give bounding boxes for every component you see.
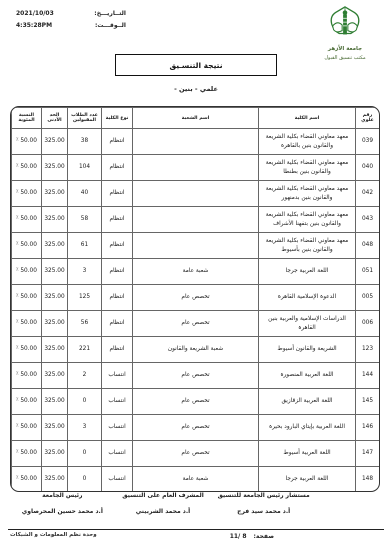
header-count: عدد الطلاب المقبولين	[68, 108, 102, 129]
branch-name	[133, 207, 259, 233]
accepted-count: 221	[68, 337, 102, 363]
percent-sign: ٪	[16, 268, 18, 273]
percentage-cell: ٪ 50.00	[12, 311, 42, 337]
college-code: 051	[356, 259, 380, 285]
percentage-value: 50.00	[20, 242, 37, 248]
report-title-box: نتيجة التنسـيق	[115, 54, 277, 76]
brand-block: جامعة الأزهر مكتب تنسيق القبول	[312, 5, 378, 61]
percent-sign: ٪	[16, 138, 18, 143]
college-name: معهد معاوني القضاء بكلية الشريعة والقانو…	[259, 207, 356, 233]
table-row: 005 الدعوة الإسلامية القاهرة تخصص عام ان…	[12, 285, 380, 311]
signature-title: رئيس الجامعة	[12, 492, 113, 499]
branch-name: تخصص عام	[133, 389, 259, 415]
percent-sign: ٪	[16, 294, 18, 299]
branch-name: تخصص عام	[133, 441, 259, 467]
college-code: 006	[356, 311, 380, 337]
results-table-header: رقم علوي اسم الكلية اسم الشعبة نوع الكلي…	[12, 108, 380, 129]
college-name: معهد معاوني القضاء بكلية الشريعة والقانو…	[259, 181, 356, 207]
branch-name: تخصص عام	[133, 415, 259, 441]
time-row: الــوقـــت: 4:35:28PM	[16, 22, 126, 29]
footer-unit-name: وحدة نظم المعلومات و الشبكات	[10, 532, 97, 538]
percent-sign: ٪	[16, 190, 18, 195]
min-score: 325.00	[42, 337, 68, 363]
percentage-value: 50.00	[20, 138, 37, 144]
college-name: الدعوة الإسلامية القاهرة	[259, 285, 356, 311]
al-azhar-logo-icon	[312, 5, 378, 43]
accepted-count: 2	[68, 363, 102, 389]
min-score: 325.00	[42, 259, 68, 285]
min-score: 325.00	[42, 285, 68, 311]
percentage-cell: ٪ 50.00	[12, 467, 42, 493]
percentage-value: 50.00	[20, 398, 37, 404]
percentage-cell: ٪ 50.00	[12, 129, 42, 155]
header-code: رقم علوي	[356, 108, 380, 129]
table-row: 123 الشريعة والقانون أسيوط شعبة الشريعة …	[12, 337, 380, 363]
percentage-value: 50.00	[20, 476, 37, 482]
table-row: 042 معهد معاوني القضاء بكلية الشريعة وال…	[12, 181, 380, 207]
percentage-cell: ٪ 50.00	[12, 285, 42, 311]
header-pct: النسبة المئوية	[12, 108, 42, 129]
report-title: نتيجة التنسـيق	[169, 61, 222, 70]
branch-name: شعبة الشريعة والقانون	[133, 337, 259, 363]
accepted-count: 0	[68, 389, 102, 415]
college-name: اللغة العربية الزقازيق	[259, 389, 356, 415]
datetime-block: التــاريـــخ: 2021/10/03 الــوقـــت: 4:3…	[16, 10, 126, 34]
college-code: 005	[356, 285, 380, 311]
college-name: اللغة العربية جرجا	[259, 259, 356, 285]
accepted-count: 58	[68, 207, 102, 233]
percentage-value: 50.00	[20, 450, 37, 456]
min-score: 325.00	[42, 441, 68, 467]
min-score: 325.00	[42, 181, 68, 207]
results-table-body: 039 معهد معاوني القضاء بكلية الشريعة وال…	[12, 129, 380, 493]
percentage-cell: ٪ 50.00	[12, 415, 42, 441]
accepted-count: 56	[68, 311, 102, 337]
branch-name: تخصص عام	[133, 363, 259, 389]
page-number-label: صفحة:	[254, 533, 274, 540]
college-code: 146	[356, 415, 380, 441]
signature-name: أ.د محمد سيد فرج	[213, 508, 314, 515]
table-row: 144 اللغة العربية المنصورة تخصص عام انتس…	[12, 363, 380, 389]
percentage-value: 50.00	[20, 164, 37, 170]
branch-name: تخصص عام	[133, 311, 259, 337]
accepted-count: 104	[68, 155, 102, 181]
college-code: 148	[356, 467, 380, 493]
min-score: 325.00	[42, 129, 68, 155]
percentage-cell: ٪ 50.00	[12, 337, 42, 363]
accepted-count: 125	[68, 285, 102, 311]
page-number: صفحة: 11/ 8	[230, 533, 274, 540]
college-code: 145	[356, 389, 380, 415]
enrollment-type: انتظام	[102, 233, 133, 259]
college-code: 144	[356, 363, 380, 389]
percentage-cell: ٪ 50.00	[12, 155, 42, 181]
college-name: الشريعة والقانون أسيوط	[259, 337, 356, 363]
min-score: 325.00	[42, 363, 68, 389]
enrollment-type: انتظام	[102, 129, 133, 155]
enrollment-type: انتظام	[102, 155, 133, 181]
accepted-count: 3	[68, 259, 102, 285]
percentage-value: 50.00	[20, 372, 37, 378]
branch-name	[133, 155, 259, 181]
table-row: 051 اللغة العربية جرجا شعبة عامة انتظام …	[12, 259, 380, 285]
min-score: 325.00	[42, 155, 68, 181]
percentage-cell: ٪ 50.00	[12, 181, 42, 207]
min-score: 325.00	[42, 415, 68, 441]
date-row: التــاريـــخ: 2021/10/03	[16, 10, 126, 17]
percent-sign: ٪	[16, 372, 18, 377]
branch-name: شعبة عامة	[133, 259, 259, 285]
header-college: اسم الكلية	[259, 108, 356, 129]
percent-sign: ٪	[16, 450, 18, 455]
college-name: اللغة العربية المنصورة	[259, 363, 356, 389]
table-row: 006 الدراسات الإسلامية والعربية بنين الق…	[12, 311, 380, 337]
college-code: 042	[356, 181, 380, 207]
footer-divider	[8, 529, 384, 530]
college-code: 043	[356, 207, 380, 233]
enrollment-type: انتساب	[102, 389, 133, 415]
enrollment-type: انتظام	[102, 259, 133, 285]
percentage-cell: ٪ 50.00	[12, 441, 42, 467]
college-code: 039	[356, 129, 380, 155]
enrollment-type: انتساب	[102, 441, 133, 467]
college-name: اللغة العربية أسيوط	[259, 441, 356, 467]
signature-name: أ.د محمد الشربيني	[113, 508, 214, 515]
signatures-block: مستشار رئيس الجامعة للتنسيق أ.د محمد سيد…	[12, 492, 314, 515]
table-row: 145 اللغة العربية الزقازيق تخصص عام انتس…	[12, 389, 380, 415]
percent-sign: ٪	[16, 424, 18, 429]
college-name: معهد معاوني القضاء بكلية الشريعة والقانو…	[259, 233, 356, 259]
percentage-value: 50.00	[20, 268, 37, 274]
accepted-count: 0	[68, 441, 102, 467]
college-code: 123	[356, 337, 380, 363]
percentage-value: 50.00	[20, 424, 37, 430]
percentage-cell: ٪ 50.00	[12, 259, 42, 285]
office-name: مكتب تنسيق القبول	[312, 55, 378, 61]
signature-university-president: رئيس الجامعة أ.د محمد حسين المحرصاوي	[12, 492, 113, 515]
university-name: جامعة الأزهر	[312, 46, 378, 52]
branch-name	[133, 181, 259, 207]
enrollment-type: انتساب	[102, 415, 133, 441]
enrollment-type: انتظام	[102, 285, 133, 311]
header-row: رقم علوي اسم الكلية اسم الشعبة نوع الكلي…	[12, 108, 380, 129]
accepted-count: 61	[68, 233, 102, 259]
percentage-cell: ٪ 50.00	[12, 207, 42, 233]
table-row: 040 معهد معاوني القضاء بكلية الشريعة وال…	[12, 155, 380, 181]
date-value: 2021/10/03	[16, 10, 54, 17]
branch-name	[133, 129, 259, 155]
min-score: 325.00	[42, 467, 68, 493]
signature-name: أ.د محمد حسين المحرصاوي	[12, 508, 113, 515]
branch-name	[133, 233, 259, 259]
accepted-count: 38	[68, 129, 102, 155]
table-row: 148 اللغة العربية جرجا شعبة عامة انتساب …	[12, 467, 380, 493]
college-name: معهد معاوني القضاء بكلية الشريعة والقانو…	[259, 129, 356, 155]
signature-title: مستشار رئيس الجامعة للتنسيق	[213, 492, 314, 499]
percentage-value: 50.00	[20, 216, 37, 222]
table-row: 048 معهد معاوني القضاء بكلية الشريعة وال…	[12, 233, 380, 259]
min-score: 325.00	[42, 389, 68, 415]
report-subtitle: - علمي - بنين	[0, 85, 392, 93]
college-code: 147	[356, 441, 380, 467]
branch-name: تخصص عام	[133, 285, 259, 311]
percentage-value: 50.00	[20, 320, 37, 326]
enrollment-type: انتظام	[102, 337, 133, 363]
college-code: 040	[356, 155, 380, 181]
college-code: 048	[356, 233, 380, 259]
branch-name: شعبة عامة	[133, 467, 259, 493]
signature-title: المشرف العام على التنسيق	[113, 492, 214, 499]
signature-general-supervisor: المشرف العام على التنسيق أ.د محمد الشربي…	[113, 492, 214, 515]
table-row: 039 معهد معاوني القضاء بكلية الشريعة وال…	[12, 129, 380, 155]
signature-coordination-advisor: مستشار رئيس الجامعة للتنسيق أ.د محمد سيد…	[213, 492, 314, 515]
results-table: رقم علوي اسم الكلية اسم الشعبة نوع الكلي…	[11, 107, 380, 492]
percent-sign: ٪	[16, 320, 18, 325]
accepted-count: 40	[68, 181, 102, 207]
percent-sign: ٪	[16, 476, 18, 481]
time-label: الــوقـــت:	[95, 22, 126, 29]
min-score: 325.00	[42, 311, 68, 337]
percent-sign: ٪	[16, 398, 18, 403]
table-row: 043 معهد معاوني القضاء بكلية الشريعة وال…	[12, 207, 380, 233]
percentage-value: 50.00	[20, 294, 37, 300]
percentage-cell: ٪ 50.00	[12, 363, 42, 389]
college-name: اللغة العربية جرجا	[259, 467, 356, 493]
table-row: 147 اللغة العربية أسيوط تخصص عام انتساب …	[12, 441, 380, 467]
college-name: اللغة العربية بإيتاي البارود بحيرة	[259, 415, 356, 441]
accepted-count: 3	[68, 415, 102, 441]
time-value: 4:35:28PM	[16, 22, 52, 29]
enrollment-type: انتظام	[102, 311, 133, 337]
enrollment-type: انتظام	[102, 207, 133, 233]
enrollment-type: انتساب	[102, 467, 133, 493]
min-score: 325.00	[42, 233, 68, 259]
min-score: 325.00	[42, 207, 68, 233]
percentage-value: 50.00	[20, 346, 37, 352]
percent-sign: ٪	[16, 164, 18, 169]
enrollment-type: انتظام	[102, 181, 133, 207]
report-page: التــاريـــخ: 2021/10/03 الــوقـــت: 4:3…	[0, 0, 392, 555]
header-type: نوع الكلية	[102, 108, 133, 129]
enrollment-type: انتساب	[102, 363, 133, 389]
header-min: الحد الأدنى	[42, 108, 68, 129]
percent-sign: ٪	[16, 216, 18, 221]
percent-sign: ٪	[16, 242, 18, 247]
table-row: 146 اللغة العربية بإيتاي البارود بحيرة ت…	[12, 415, 380, 441]
date-label: التــاريـــخ:	[94, 10, 126, 17]
results-table-container: رقم علوي اسم الكلية اسم الشعبة نوع الكلي…	[10, 106, 380, 492]
accepted-count: 0	[68, 467, 102, 493]
percentage-value: 50.00	[20, 190, 37, 196]
percentage-cell: ٪ 50.00	[12, 389, 42, 415]
college-name: الدراسات الإسلامية والعربية بنين القاهرة	[259, 311, 356, 337]
college-name: معهد معاوني القضاء بكلية الشريعة والقانو…	[259, 155, 356, 181]
page-number-value: 11/ 8	[230, 533, 247, 540]
percentage-cell: ٪ 50.00	[12, 233, 42, 259]
percent-sign: ٪	[16, 346, 18, 351]
header-branch: اسم الشعبة	[133, 108, 259, 129]
